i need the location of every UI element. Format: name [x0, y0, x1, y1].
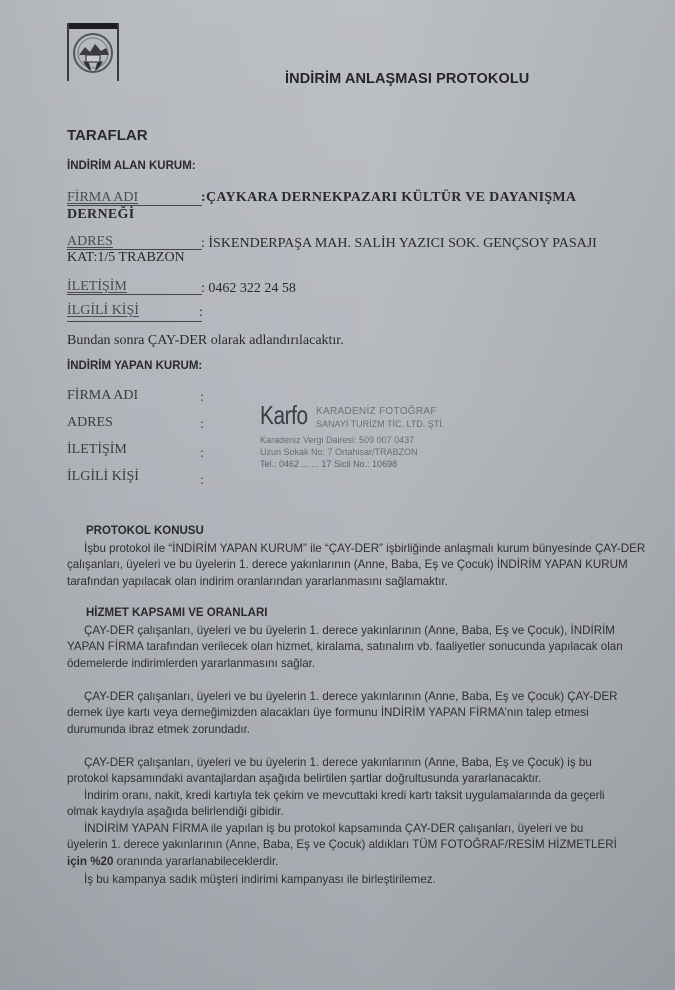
document-title: İNDİRİM ANLAŞMASI PROTOKOLU [285, 71, 529, 87]
field-label: ADRES [67, 234, 113, 250]
scope-paragraph-5: İNDİRİM YAPAN FİRMA ile yapılan iş bu pr… [67, 821, 622, 870]
field-value: :ÇAYKARA DERNEKPAZARI KÜLTÜR VE DAYANIŞM… [201, 190, 576, 206]
scope-p5-text: İNDİRİM YAPAN FİRMA ile yapılan iş bu pr… [67, 822, 617, 851]
receiver-heading: İNDİRİM ALAN KURUM: [67, 160, 196, 172]
discount-rate: için %20 [67, 855, 113, 868]
scope-paragraph-1: ÇAY-DER çalışanları, üyeleri ve bu üyele… [67, 623, 627, 672]
field-underline [67, 205, 202, 206]
field-label: FİRMA ADI [67, 388, 138, 404]
field-value: : [200, 473, 204, 489]
subject-paragraph: İşbu protokol ile “İNDİRİM YAPAN KURUM” … [67, 541, 655, 590]
field-label: FİRMA ADI [67, 190, 138, 206]
field-underline [67, 294, 202, 295]
field-value: : [200, 417, 204, 433]
scope-paragraph-4: İndirim oranı, nakit, kredi kartıyla tek… [67, 788, 632, 821]
scope-p5-text-end: oranında yararlanabileceklerdir. [113, 855, 278, 868]
subject-heading: PROTOKOL KONUSU [86, 525, 204, 537]
association-logo [67, 23, 119, 81]
stamp-brand: Karfo [260, 400, 308, 431]
field-value: : İSKENDERPAŞA MAH. SALİH YAZICI SOK. GE… [201, 236, 597, 252]
scope-paragraph-3: ÇAY-DER çalışanları, üyeleri ve bu üyele… [67, 755, 627, 788]
logo-frame-left [67, 23, 69, 81]
field-label: İLGİLİ KİŞİ [67, 469, 139, 485]
company-stamp: Karfo KARADENİZ FOTOĞRAF SANAYİ TURİZM T… [258, 400, 448, 480]
field-value-continued: KAT:1/5 TRABZON [67, 250, 185, 266]
provider-heading: İNDİRİM YAPAN KURUM: [67, 360, 202, 372]
field-value: : [200, 446, 204, 462]
scope-paragraph-6: İş bu kampanya sadık müşteri indirimi ka… [67, 872, 657, 888]
stamp-line: Tel.: 0462 ... ... 17 Sicil No.: 10698 [260, 459, 397, 469]
receiver-note: Bundan sonra ÇAY-DER olarak adlandırılac… [67, 333, 344, 349]
field-label: İLETİŞİM [67, 442, 127, 458]
field-value: : 0462 322 24 58 [201, 281, 296, 297]
field-label: İLETİŞİM [67, 279, 127, 295]
stamp-line: KARADENİZ FOTOĞRAF [316, 406, 437, 417]
stamp-line: Karadeniz Vergi Dairesi: 509 007 0437 [260, 435, 414, 445]
logo-top-bar [67, 23, 119, 29]
field-value-continued: DERNEĞİ [67, 207, 134, 223]
logo-frame-right [117, 23, 119, 81]
emblem-icon [71, 31, 115, 79]
field-value: : [200, 390, 204, 406]
parties-heading: TARAFLAR [67, 127, 148, 144]
field-label: ADRES [67, 415, 113, 431]
stamp-line: Uzun Sokak No: 7 Ortahisar/TRABZON [260, 447, 418, 457]
field-underline [67, 321, 202, 322]
scope-heading: HİZMET KAPSAMI VE ORANLARI [86, 607, 267, 619]
field-value: : [199, 305, 203, 321]
field-label: İLGİLİ KİŞİ [67, 303, 139, 319]
stamp-line: SANAYİ TURİZM TİC. LTD. ŞTİ. [316, 419, 444, 429]
scope-paragraph-2: ÇAY-DER çalışanları, üyeleri ve bu üyele… [67, 689, 627, 738]
